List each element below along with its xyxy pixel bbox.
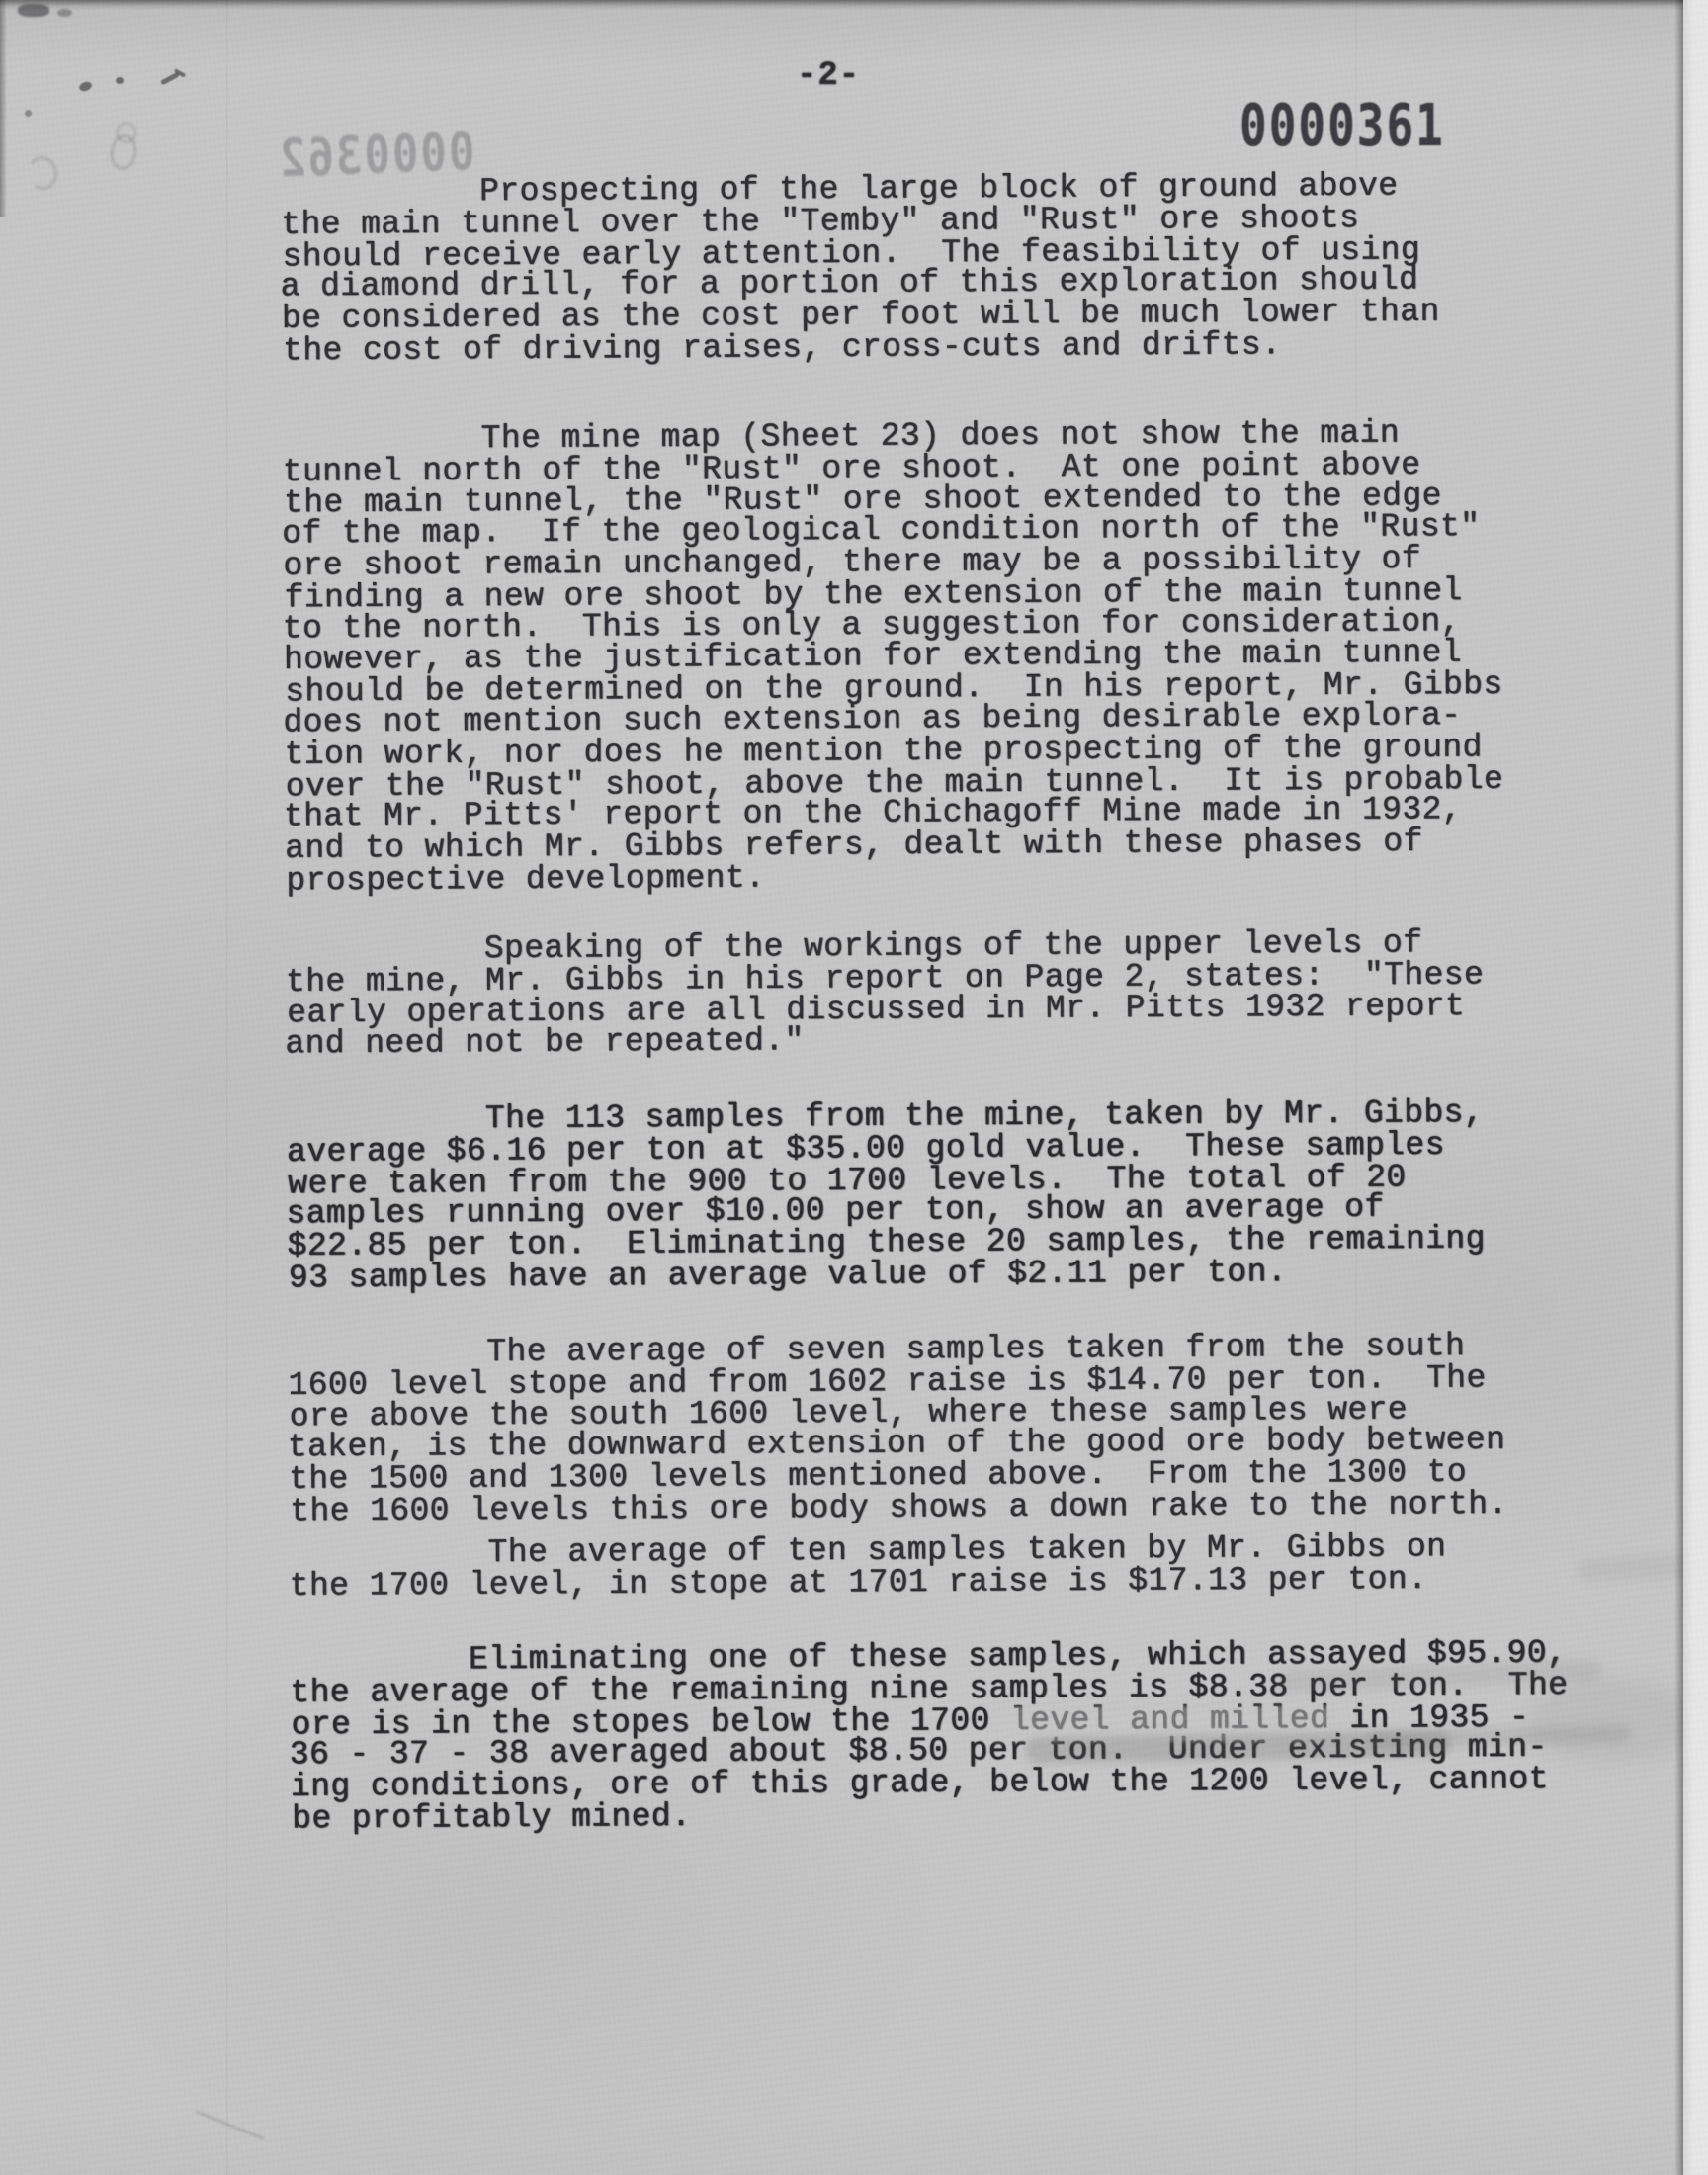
faint-pencil-mark (109, 132, 139, 171)
page-number: -2- (797, 57, 860, 95)
paragraph: The average of ten samples taken by Mr. … (289, 1532, 1567, 1603)
document-body: Prospecting of the large block of ground… (281, 170, 1569, 1835)
ink-speck (78, 80, 93, 93)
text-line: 93 samples have an average value of $2.1… (289, 1255, 1567, 1294)
paragraph: The mine map (Sheet 23) does not show th… (283, 417, 1564, 897)
text-line: The mine map (Sheet 23) does not show th… (282, 417, 1560, 457)
text-line: of the map. If the geological condition … (282, 511, 1560, 551)
text-line: the cost of driving raises, cross-cuts a… (283, 327, 1561, 367)
text-line: be profitably mined. (292, 1796, 1570, 1836)
text-line: 36 - 37 - 38 averaged about $8.50 per to… (290, 1732, 1568, 1772)
paragraph: The average of seven samples taken from … (288, 1331, 1567, 1527)
edge-blemish (57, 9, 72, 17)
text-line: The average of ten samples taken by Mr. … (288, 1531, 1566, 1571)
scan-background-strip (1683, 0, 1708, 2175)
text-line: that Mr. Pitts' report on the Chichagoff… (284, 794, 1562, 833)
text-line: The average of seven samples taken from … (287, 1330, 1565, 1369)
text-line: samples running over $10.00 per ton, sho… (286, 1191, 1564, 1231)
paper-scratch (195, 2110, 265, 2140)
text-line: prospective development. (286, 857, 1564, 897)
ink-speck (25, 110, 32, 117)
paper-right-edge-shadow (1674, 0, 1683, 2175)
text-line: Speaking of the workings of the upper le… (285, 927, 1563, 967)
text-line: and need not be repeated." (285, 1021, 1563, 1061)
paragraph: Prospecting of the large block of ground… (281, 170, 1560, 367)
text-line: the 1600 levels this ore body shows a do… (290, 1488, 1568, 1527)
scanned-document-page: 0000362 -2- 0000361 Prospecting of the l… (0, 0, 1708, 2175)
scan-left-edge (0, 0, 7, 217)
text-line: a diamond drill, for a portion of this e… (281, 264, 1559, 304)
text-line: Prospecting of the large block of ground… (280, 170, 1558, 210)
paragraph: Eliminating one of these samples, which … (290, 1638, 1569, 1835)
paragraph: The 113 samples from the mine, taken by … (287, 1097, 1566, 1294)
text-line: to the north. This is only a suggestion … (283, 605, 1561, 645)
paragraph: Speaking of the workings of the upper le… (286, 927, 1565, 1061)
ink-speck (174, 68, 186, 77)
text-line: taken, is the downward extension of the … (288, 1425, 1566, 1464)
text-line: Eliminating one of these samples, which … (289, 1638, 1567, 1678)
text-line: does not mention such extension as being… (283, 700, 1561, 739)
scan-top-edge (0, 0, 1708, 10)
ink-speck (116, 77, 124, 84)
faint-pencil-mark (25, 154, 59, 193)
serial-number-stamp: 0000361 (1239, 91, 1445, 159)
text-line: The 113 samples from the mine, taken by … (286, 1097, 1564, 1137)
small-smudge (1577, 1553, 1688, 1583)
paper-crease-left (226, 0, 229, 2175)
ink-speck (160, 72, 180, 86)
